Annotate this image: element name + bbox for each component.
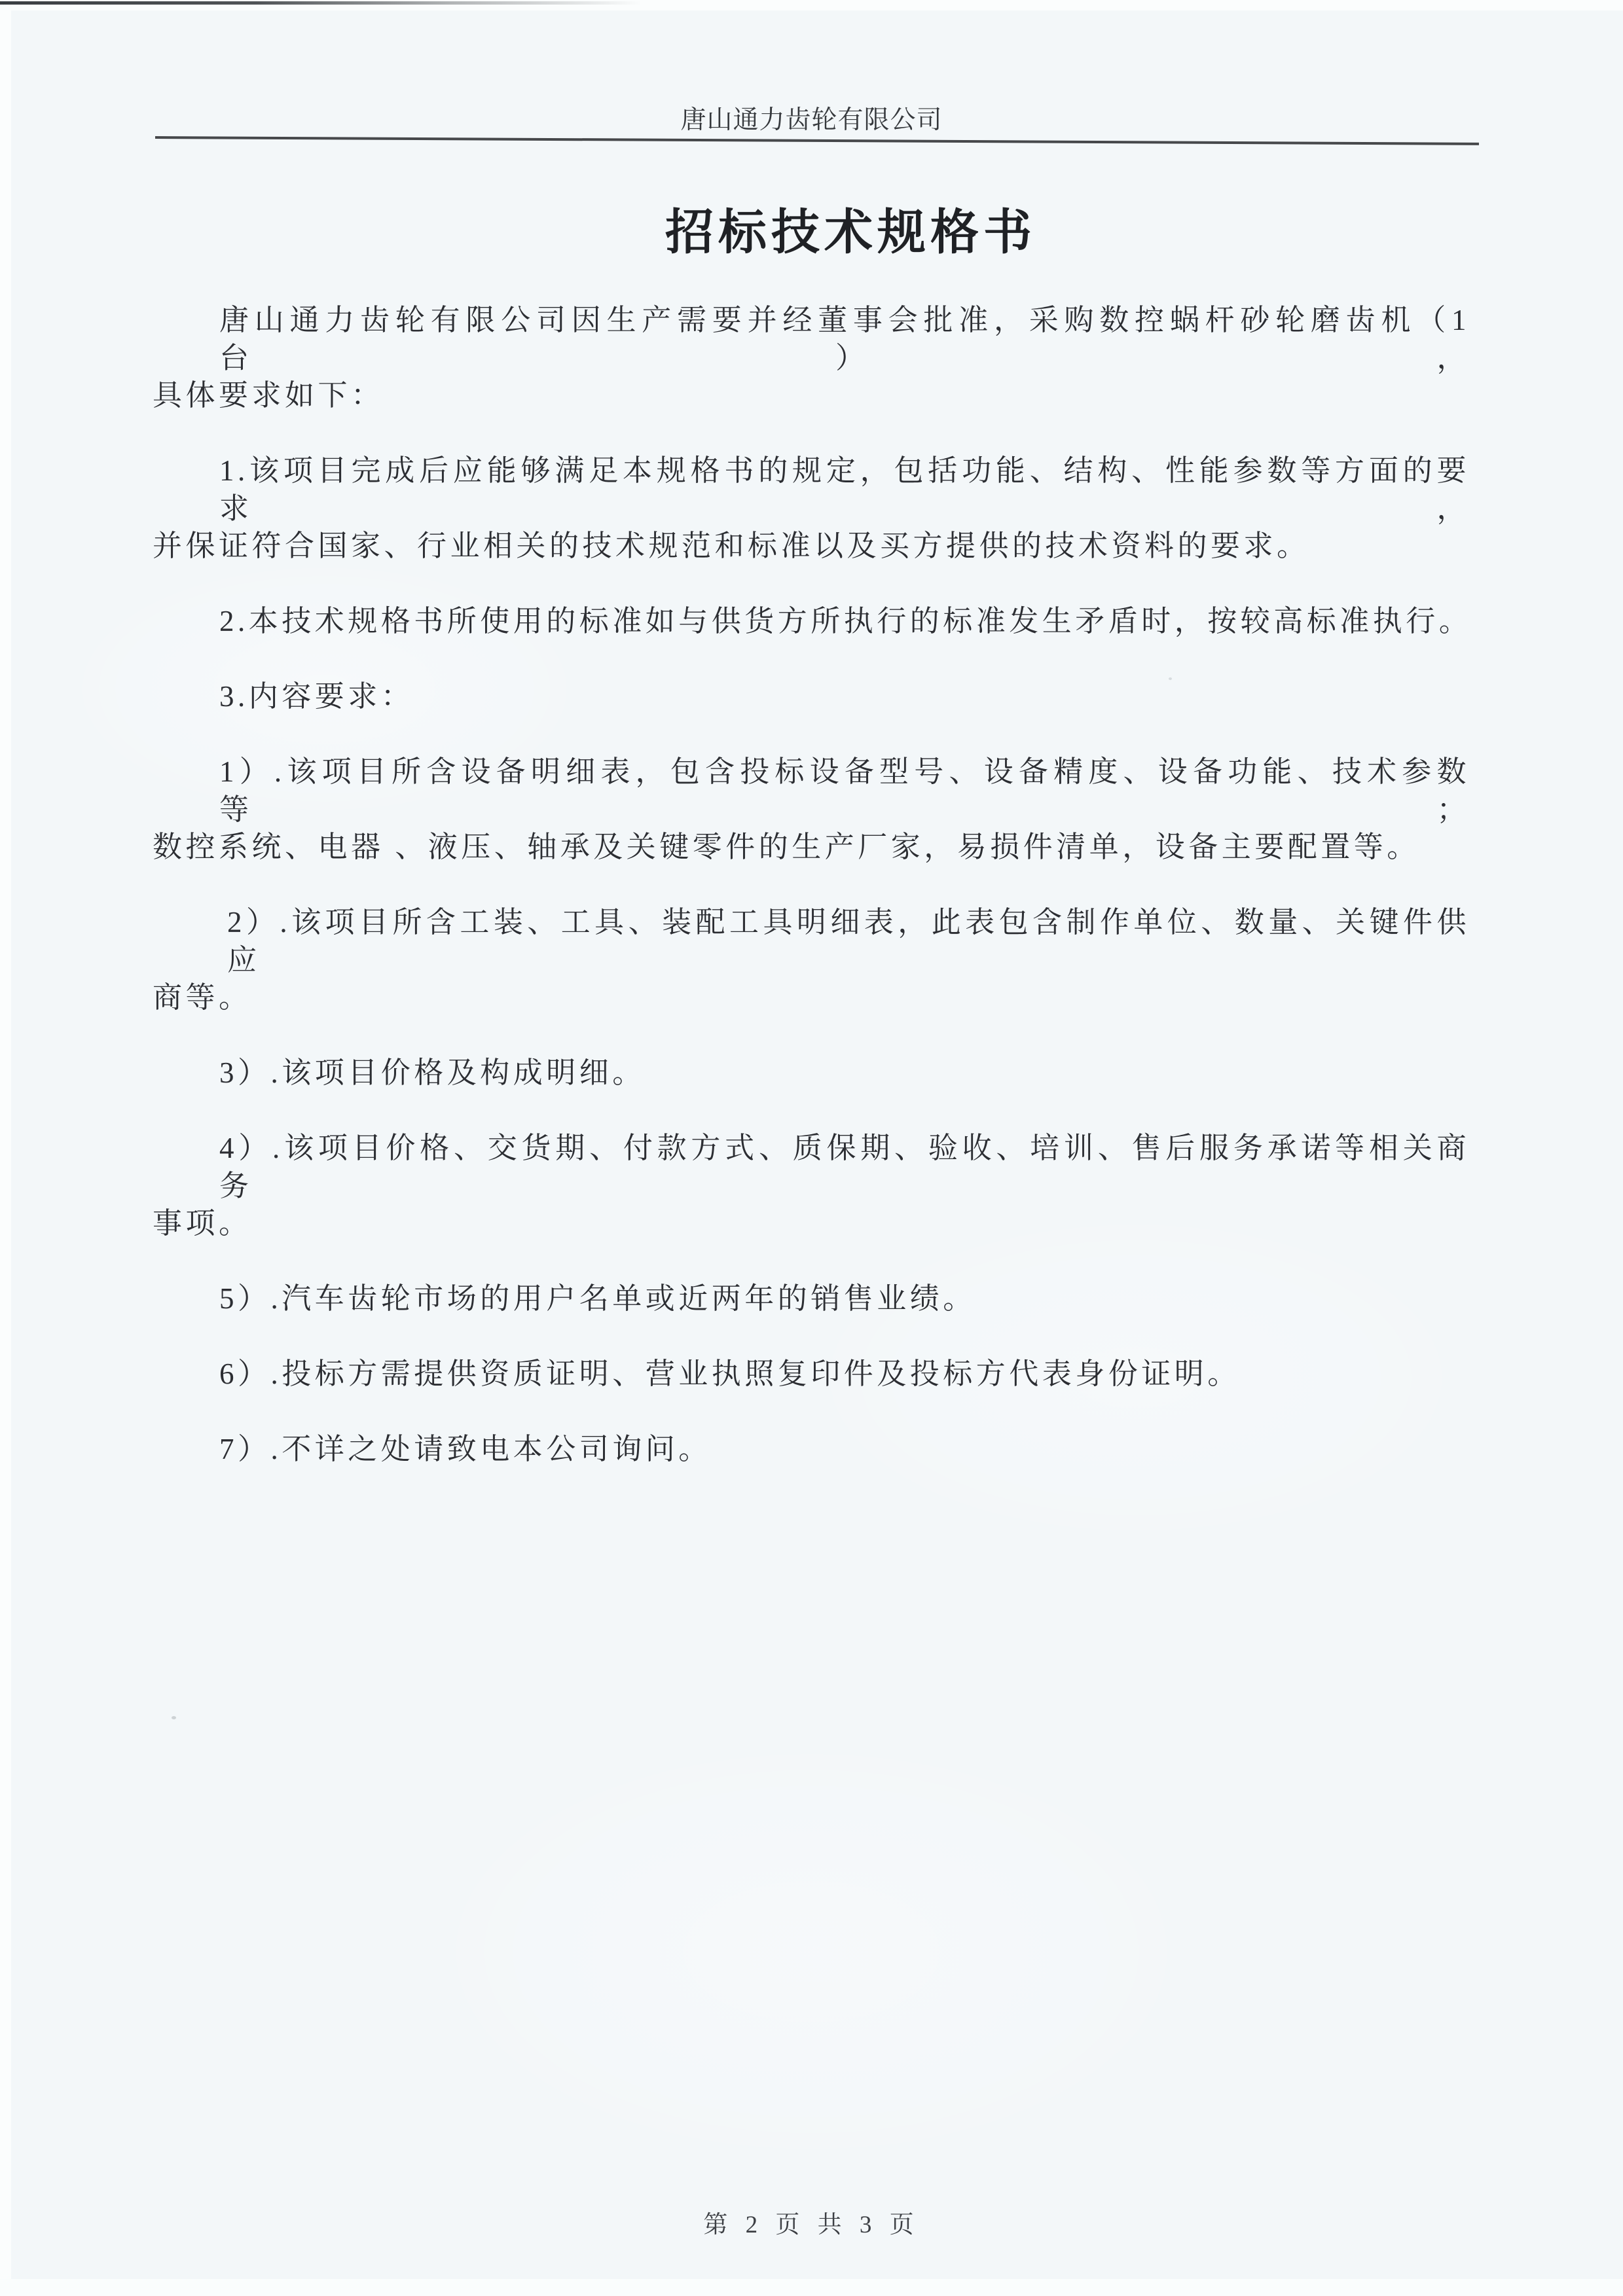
scanned-page: 唐山通力齿轮有限公司 招标技术规格书 唐山通力齿轮有限公司因生产需要并经董事会批… — [0, 0, 1623, 2296]
body-line: 7）.不详之处请致电本公司询问。 — [153, 1430, 1470, 1468]
page-title: 招标技术规格书 — [39, 194, 1623, 263]
body-line: 3.内容要求： — [153, 677, 1470, 715]
body-line: 并保证符合国家、行业相关的技术规范和标准以及买方提供的技术资料的要求。 — [153, 527, 1470, 565]
body-line: 4）.该项目价格、交货期、付款方式、质保期、验收、培训、售后服务承诺等相关商务 — [153, 1129, 1470, 1205]
body-line: 数控系统、电器 、液压、轴承及关键零件的生产厂家，易损件清单，设备主要配置等。 — [153, 828, 1470, 866]
body-line: 2）.该项目所含工装、工具、装配工具明细表，此表包含制作单位、数量、关键件供应 — [153, 903, 1470, 979]
scan-dust-speck — [172, 1716, 176, 1719]
body-line: 2.本技术规格书所使用的标准如与供货方所执行的标准发生矛盾时，按较高标准执行。 — [153, 602, 1470, 640]
body-line: 5）.汽车齿轮市场的用户名单或近两年的销售业绩。 — [153, 1280, 1470, 1318]
page-number-footer: 第 2 页 共 3 页 — [0, 2204, 1623, 2240]
body-line: 1.该项目完成后应能够满足本规格书的规定，包括功能、结构、性能参数等方面的要求， — [153, 452, 1470, 528]
body-line: 事项。 — [153, 1204, 1470, 1242]
company-header: 唐山通力齿轮有限公司 — [0, 99, 1623, 136]
body-line: 唐山通力齿轮有限公司因生产需要并经董事会批准，采购数控蜗杆砂轮磨齿机（1 台）， — [153, 301, 1470, 377]
body-line: 6）.投标方需提供资质证明、营业执照复印件及投标方代表身份证明。 — [153, 1355, 1470, 1393]
scan-edge-left — [0, 0, 11, 2296]
body-line: 具体要求如下： — [153, 376, 1470, 414]
body-line: 1）.该项目所含设备明细表，包含投标设备型号、设备精度、设备功能、技术参数等； — [153, 753, 1470, 829]
body-line: 商等。 — [153, 978, 1470, 1016]
header-rule — [155, 136, 1479, 145]
body-line: 3）.该项目价格及构成明细。 — [153, 1054, 1470, 1092]
scan-artifact-bar — [0, 1, 642, 5]
scan-edge-bottom — [0, 2279, 1623, 2296]
